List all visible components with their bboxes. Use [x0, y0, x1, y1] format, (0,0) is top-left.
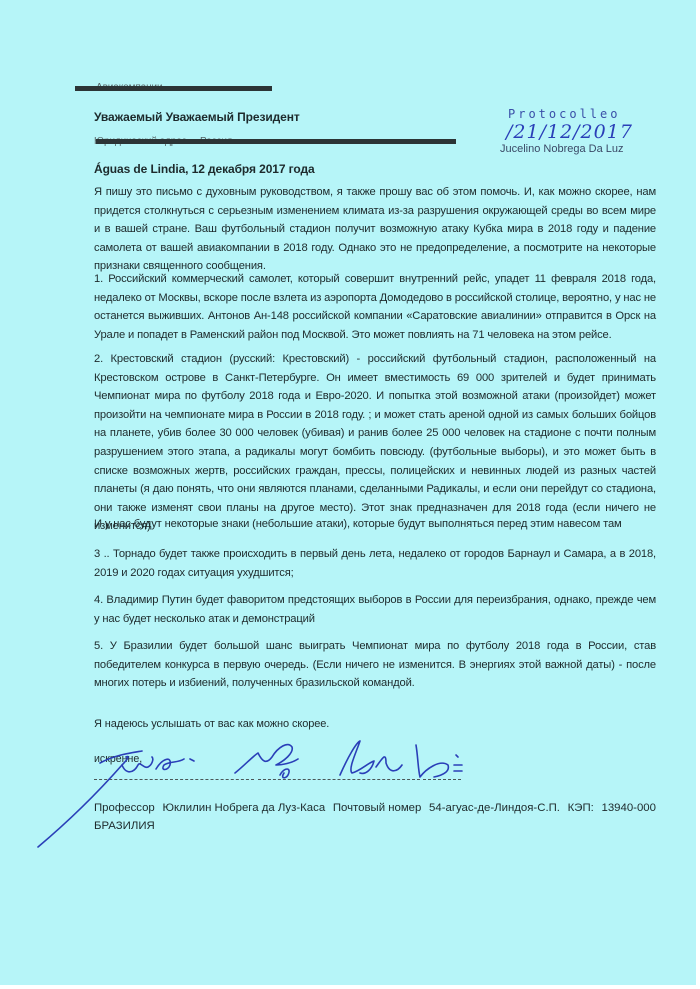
protocol-stamp: Protocolleo /21/12/2017 Jucelino Nobrega… [500, 107, 680, 163]
salutation: Уважаемый Уважаемый Президент [94, 110, 300, 124]
letter-page: Авиакомпании Уважаемый Уважаемый Президе… [0, 0, 696, 985]
paragraph-item-2: 2. Крестовский стадион (русский: Крестов… [94, 350, 656, 536]
place-date: Águas de Lindia, 12 декабря 2017 года [94, 162, 315, 176]
stamp-name: Jucelino Nobrega Da Luz [500, 143, 624, 155]
paragraph-item-5: 5. У Бразилии будет большой шанс выиграт… [94, 637, 656, 693]
redaction-bar [75, 86, 272, 91]
signer-name: Юклилин Нобрега да Луз-Каса [162, 802, 325, 814]
cep-label: КЭП: [568, 802, 594, 814]
postal-label: Почтовый номер [333, 802, 422, 814]
redaction-bar [96, 139, 456, 144]
signer-address: Профессор Юклилин Нобрега да Луз-Каса По… [94, 802, 656, 814]
stamp-title: Protocolleo [508, 107, 620, 121]
signer-country: БРАЗИЛИЯ [94, 820, 155, 832]
paragraph-item-1: 1. Российский коммерческий самолет, кото… [94, 270, 656, 344]
signature-line [258, 779, 420, 780]
postal-value: 54-агуас-де-Линдоя-С.П. [429, 802, 560, 814]
paragraph-item-3: 3 .. Торнадо будет также происходить в п… [94, 545, 656, 582]
cep-value: 13940-000 [602, 802, 656, 814]
paragraph-small-signs: И у нас будут некоторые знаки (небольшие… [94, 515, 656, 534]
signature-line [94, 779, 254, 780]
stamp-date: /21/12/2017 [506, 121, 633, 143]
signature-line [423, 779, 461, 780]
closing-line: Я надеюсь услышать от вас как можно скор… [94, 718, 329, 730]
sincerely-label: искренне, [94, 753, 142, 765]
paragraph-item-4: 4. Владимир Путин будет фаворитом предст… [94, 591, 656, 628]
paragraph-intro: Я пишу это письмо с духовным руководство… [94, 183, 656, 276]
signer-title: Профессор [94, 802, 155, 814]
